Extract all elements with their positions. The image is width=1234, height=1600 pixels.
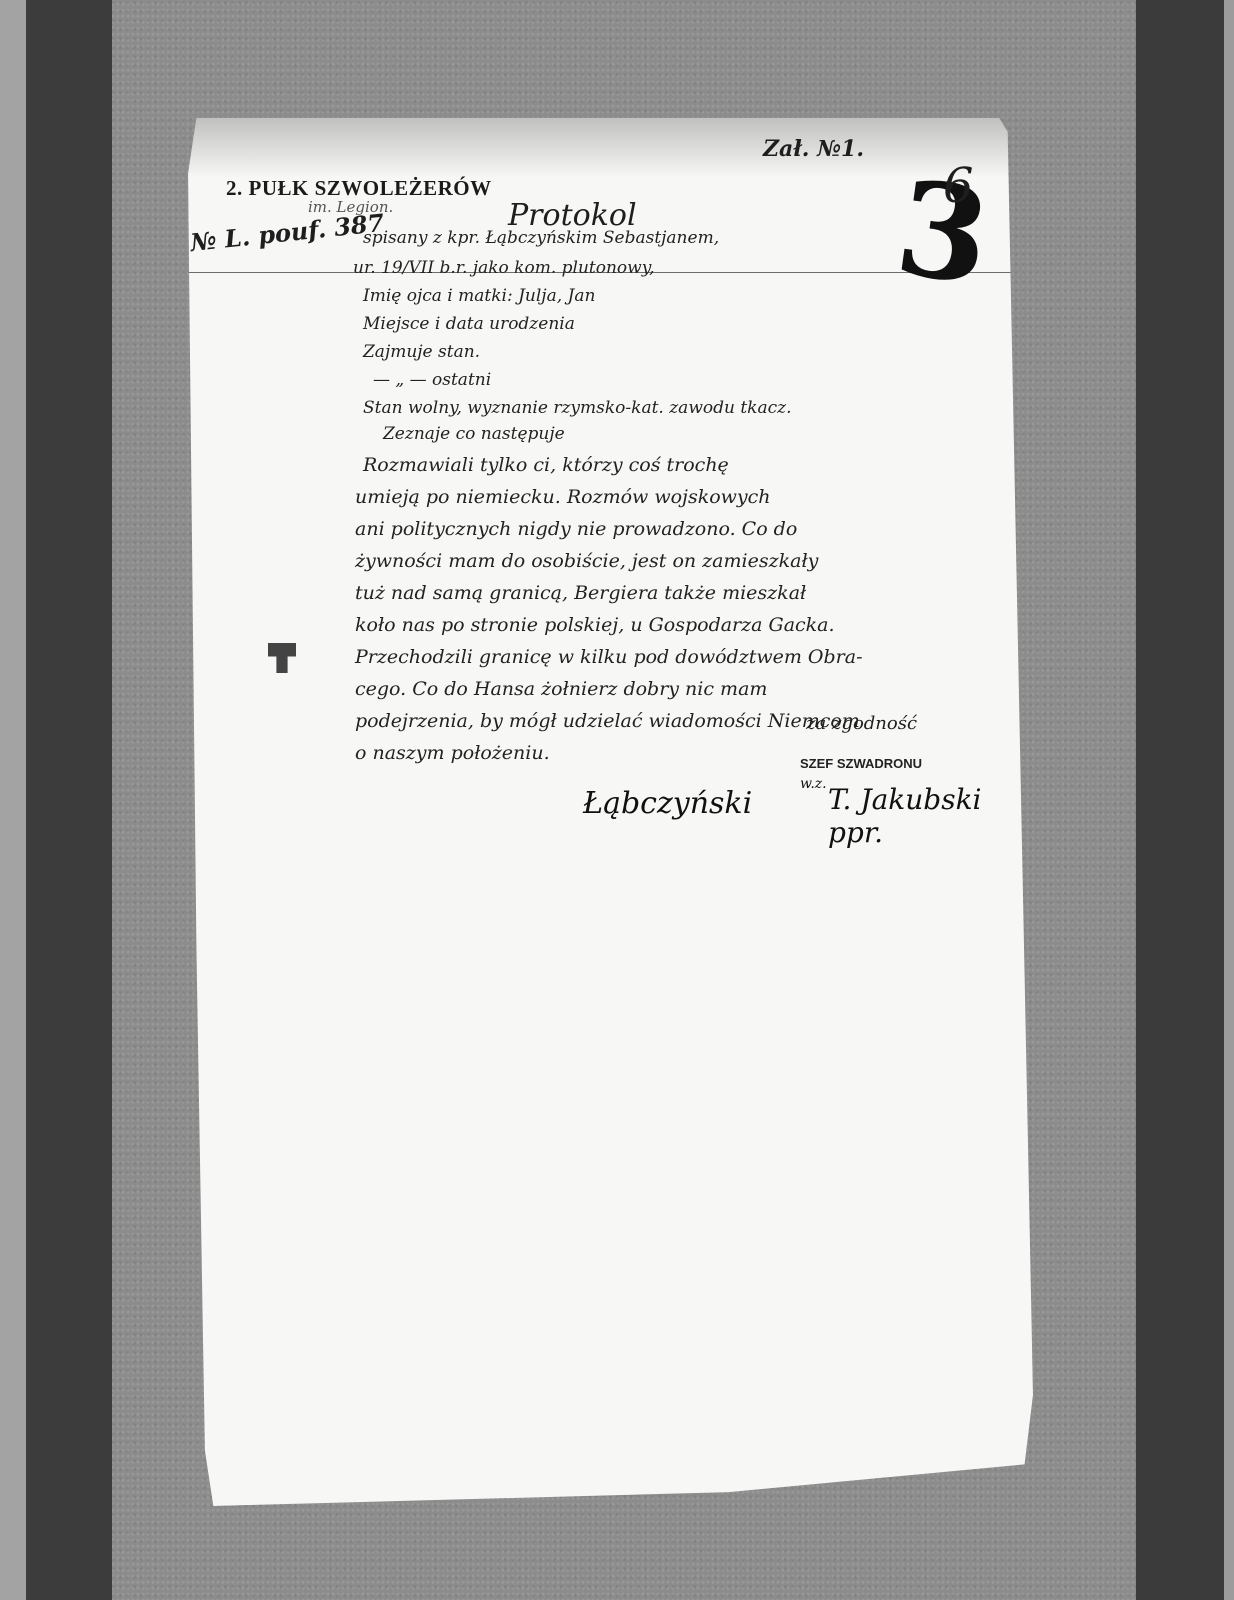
film-band-right bbox=[1136, 0, 1224, 1600]
body-line: podejrzenia, by mógł udzielać wiadomości… bbox=[355, 710, 860, 732]
reference-number: № L. pouf. 387 bbox=[189, 208, 386, 257]
body-line: Przechodzili granicę w kilku pod dowództ… bbox=[355, 646, 863, 668]
body-line: tuż nad samą granicą, Bergiera także mie… bbox=[355, 582, 806, 604]
body-line: Stan wolny, wyznanie rzymsko-kat. zawodu… bbox=[363, 398, 792, 418]
body-line: ani politycznych nigdy nie prowadzono. C… bbox=[355, 518, 797, 540]
document-page: 2. PUŁK SZWOLEŻERÓW im. Legion. № L. pou… bbox=[188, 118, 1033, 1506]
body-line: cego. Co do Hansa żołnierz dobry nic mam bbox=[355, 678, 767, 700]
body-line: Rozmawiali tylko ci, którzy coś trochę bbox=[363, 454, 729, 476]
film-margin-right bbox=[1224, 0, 1234, 1600]
body-line: umieją po niemiecku. Rozmów wojskowych bbox=[355, 486, 771, 508]
film-margin-left bbox=[0, 0, 26, 1600]
ink-blot bbox=[268, 643, 296, 673]
conformity-note: za zgodność bbox=[806, 713, 917, 734]
squadron-chief-stamp: SZEF SZWADRONU bbox=[800, 756, 922, 771]
page-number-secondary: 6 bbox=[943, 158, 974, 214]
body-line: — „ — ostatni bbox=[373, 370, 491, 390]
signature-witness: Łąbczyński bbox=[583, 786, 752, 821]
signature-prefix: w.z. bbox=[800, 776, 827, 792]
body-line: żywności mam do osobiście, jest on zamie… bbox=[355, 550, 818, 572]
attachment-annotation: Zał. №1. bbox=[763, 136, 864, 162]
body-line: koło nas po stronie polskiej, u Gospodar… bbox=[355, 614, 835, 636]
body-line: Miejsce i data urodzenia bbox=[363, 314, 575, 334]
body-line: o naszym położeniu. bbox=[355, 742, 550, 764]
film-band-left bbox=[26, 0, 112, 1600]
body-line: spisany z kpr. Łąbczyńskim Sebastjanem, bbox=[363, 228, 719, 248]
body-line: Imię ojca i matki: Julja, Jan bbox=[363, 286, 595, 306]
body-line: ur. 19/VII b.r. jako kom. plutonowy, bbox=[353, 258, 654, 278]
body-line: Zajmuje stan. bbox=[363, 342, 480, 362]
body-line: Zeznaje co następuje bbox=[383, 424, 565, 444]
signature-chief: T. Jakubski ppr. bbox=[828, 783, 1033, 849]
